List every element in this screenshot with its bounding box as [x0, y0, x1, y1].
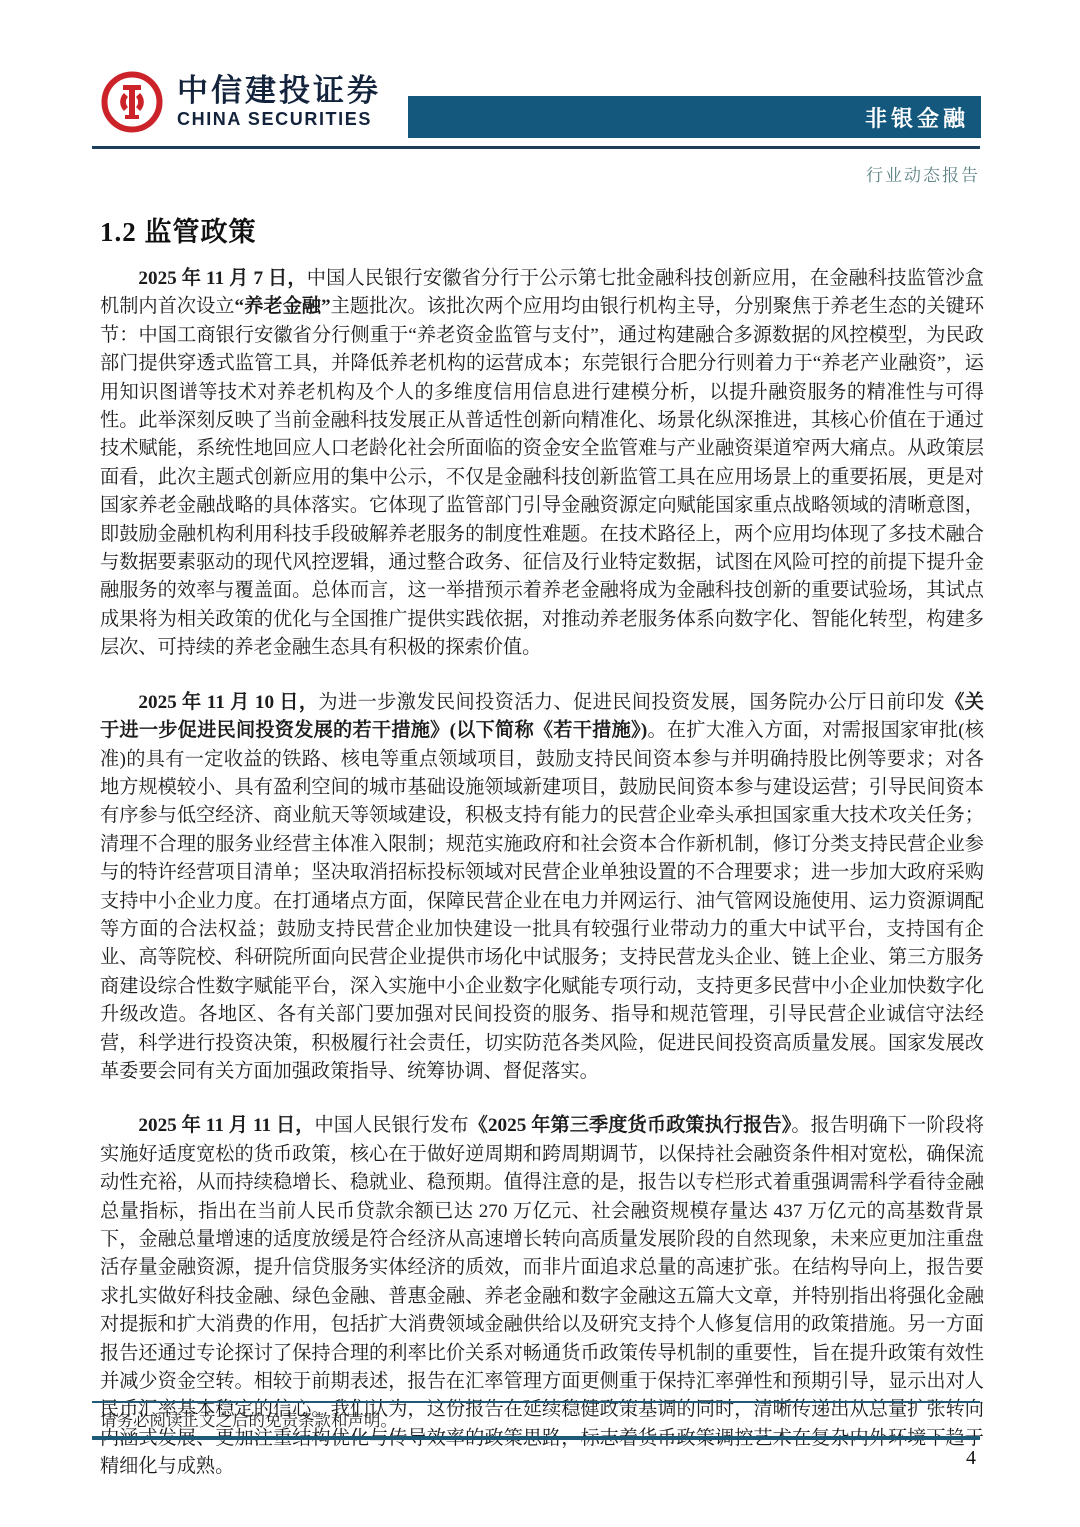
footer-rule-thick: [92, 1436, 980, 1440]
sector-label: 非银金融: [865, 102, 981, 133]
page-number: 4: [966, 1447, 976, 1470]
brand-text: 中信建投证券 CHINA SECURITIES: [177, 75, 381, 129]
brand-name-en: CHINA SECURITIES: [177, 110, 381, 129]
body-paragraph: 2025 年 11 月 10 日，为进一步激发民间投资活力、促进民间投资发展，国…: [100, 689, 984, 1087]
report-page: 中信建投证券 CHINA SECURITIES 非银金融 行业动态报告 1.2 …: [0, 0, 1080, 1527]
main-content: 1.2 监管政策 2025 年 11 月 7 日，中国人民银行安徽省分行于公示第…: [100, 210, 984, 1482]
footer-disclaimer: 请务必阅读正文之后的免责条款和声明。: [100, 1407, 397, 1431]
brand-logo: 中信建投证券 CHINA SECURITIES: [100, 70, 381, 134]
paragraphs: 2025 年 11 月 7 日，中国人民银行安徽省分行于公示第七批金融科技创新应…: [100, 265, 984, 1482]
citic-securities-emblem-icon: [100, 70, 164, 134]
sector-banner: 非银金融: [408, 96, 981, 138]
footer-rule-thin: [92, 1401, 980, 1403]
section-title: 1.2 监管政策: [100, 210, 984, 249]
body-paragraph: 2025 年 11 月 7 日，中国人民银行安徽省分行于公示第七批金融科技创新应…: [100, 265, 984, 663]
report-type-label: 行业动态报告: [866, 161, 980, 186]
header-rule: [92, 146, 980, 149]
brand-name-cn: 中信建投证券: [177, 75, 381, 108]
